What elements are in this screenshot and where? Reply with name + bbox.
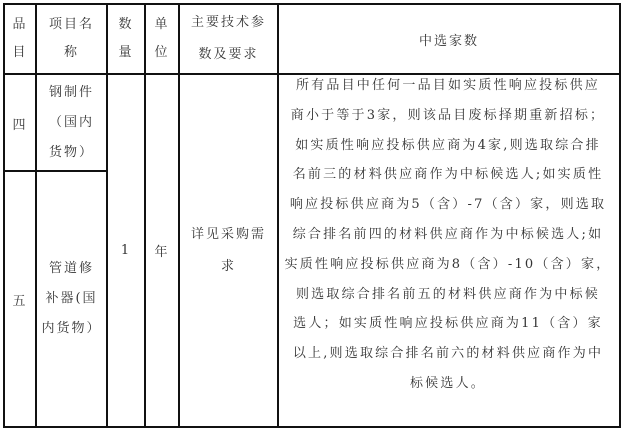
header-unit: 单位 [146, 5, 178, 73]
quantity-value: 1 [108, 75, 144, 426]
row-item-no: 五 [5, 172, 35, 426]
header-winners-count: 中选家数 [279, 5, 619, 73]
row-item-name: 钢制件（国内货物） [37, 75, 106, 171]
header-item-no: 品目 [5, 5, 35, 73]
border-bottom [3, 426, 621, 428]
border-right [619, 3, 621, 427]
row-item-name: 管道修补器(国内货物） [37, 172, 106, 426]
header-item-name: 项目名称 [37, 5, 106, 73]
header-tech-params: 主要技术参数及要求 [180, 5, 277, 73]
tech-params-value: 详见采购需求 [180, 75, 277, 426]
row-item-no: 四 [5, 75, 35, 171]
header-quantity: 数量 [108, 5, 144, 73]
unit-value: 年 [146, 75, 178, 426]
winners-count-rules: 所有品目中任何一品目如实质性响应投标供应 商小于等于3家，则该品目废标择期重新招… [278, 71, 618, 399]
